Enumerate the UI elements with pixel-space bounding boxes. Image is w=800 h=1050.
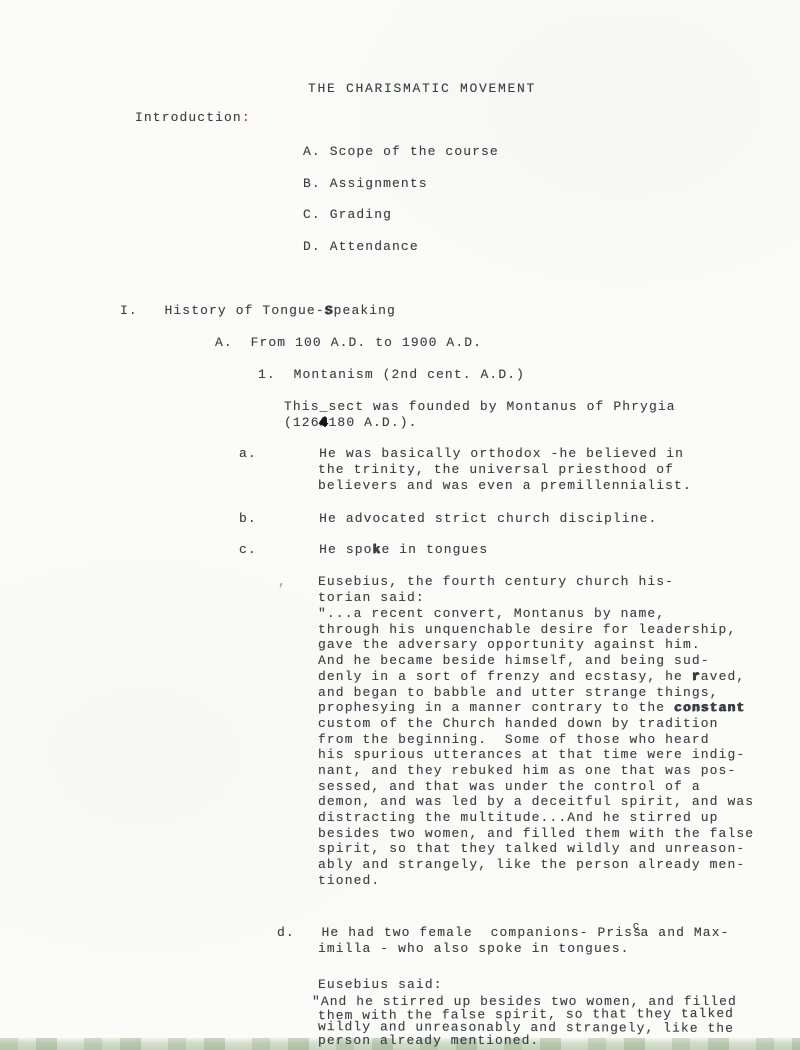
text-line: ably and strangely, like the person alre… — [318, 857, 745, 872]
text-line: Eusebius, the fourth century church his- — [318, 574, 674, 589]
text-line: Eusebius said: — [318, 977, 443, 992]
section-heading: I. History of Tongue-Speaking — [120, 303, 396, 318]
text-line: imilla - who also spoke in tongues. — [318, 941, 630, 956]
text-line: besides two women, and filled them with … — [318, 826, 754, 841]
text-line: distracting the multitude...And he stirr… — [318, 810, 719, 825]
list-item-1: 1. Montanism (2nd cent. A.D.) — [258, 367, 525, 382]
text-line: denly in a sort of frenzy and ecstasy, h… — [318, 669, 745, 684]
text-line: prophesying in a manner contrary to the … — [318, 700, 745, 715]
text-line: his spurious utterances at that time wer… — [318, 747, 745, 762]
text-line: sessed, and that was under the control o… — [318, 779, 701, 794]
text-line: the trinity, the universal priesthood of — [318, 462, 674, 477]
list-item-d: d. He had two female companions- Prissca… — [277, 925, 730, 942]
stray-mark: , — [278, 574, 287, 589]
text-line: believers and was even a premillennialis… — [318, 478, 692, 493]
text-line: custom of the Church handed down by trad… — [318, 716, 719, 731]
outline-item-c: C. Grading — [303, 207, 392, 222]
outline-item-b: B. Assignments — [303, 176, 428, 191]
text-line: from the beginning. Some of those who he… — [318, 732, 710, 747]
text-line: person already mentioned. — [318, 1033, 539, 1048]
outline-item-d: D. Attendance — [303, 239, 419, 254]
text-line: through his unquenchable desire for lead… — [318, 622, 736, 637]
text-line: This_sect was founded by Montanus of Phr… — [284, 399, 676, 414]
subsection-heading: A. From 100 A.D. to 1900 A.D. — [215, 335, 482, 350]
doc-title: THE CHARISMATIC MOVEMENT — [308, 81, 536, 96]
list-item-b: b. He advocated strict church discipline… — [239, 511, 657, 526]
list-item-a: a. He was basically orthodox -he believe… — [239, 446, 684, 461]
text-line: "...a recent convert, Montanus by name, — [318, 606, 665, 621]
intro-heading: Introduction: — [135, 110, 251, 125]
text-line: spirit, so that they talked wildly and u… — [318, 841, 745, 856]
document-page: THE CHARISMATIC MOVEMENTIntroduction:A. … — [0, 0, 800, 1050]
list-item-c: c. He spoke in tongues — [239, 542, 488, 557]
outline-item-a: A. Scope of the course — [303, 144, 499, 159]
text-line: demon, and was led by a deceitful spirit… — [318, 794, 754, 809]
text-line: gave the adversary opportunity against h… — [318, 637, 701, 652]
text-line: torian said: — [318, 590, 425, 605]
text-line: nant, and they rebuked him as one that w… — [318, 763, 736, 778]
text-line: (1264180 A.D.). — [284, 415, 418, 430]
text-line: and began to babble and utter strange th… — [318, 685, 719, 700]
text-line: And he became beside himself, and being … — [318, 653, 710, 668]
text-line: tioned. — [318, 873, 380, 888]
